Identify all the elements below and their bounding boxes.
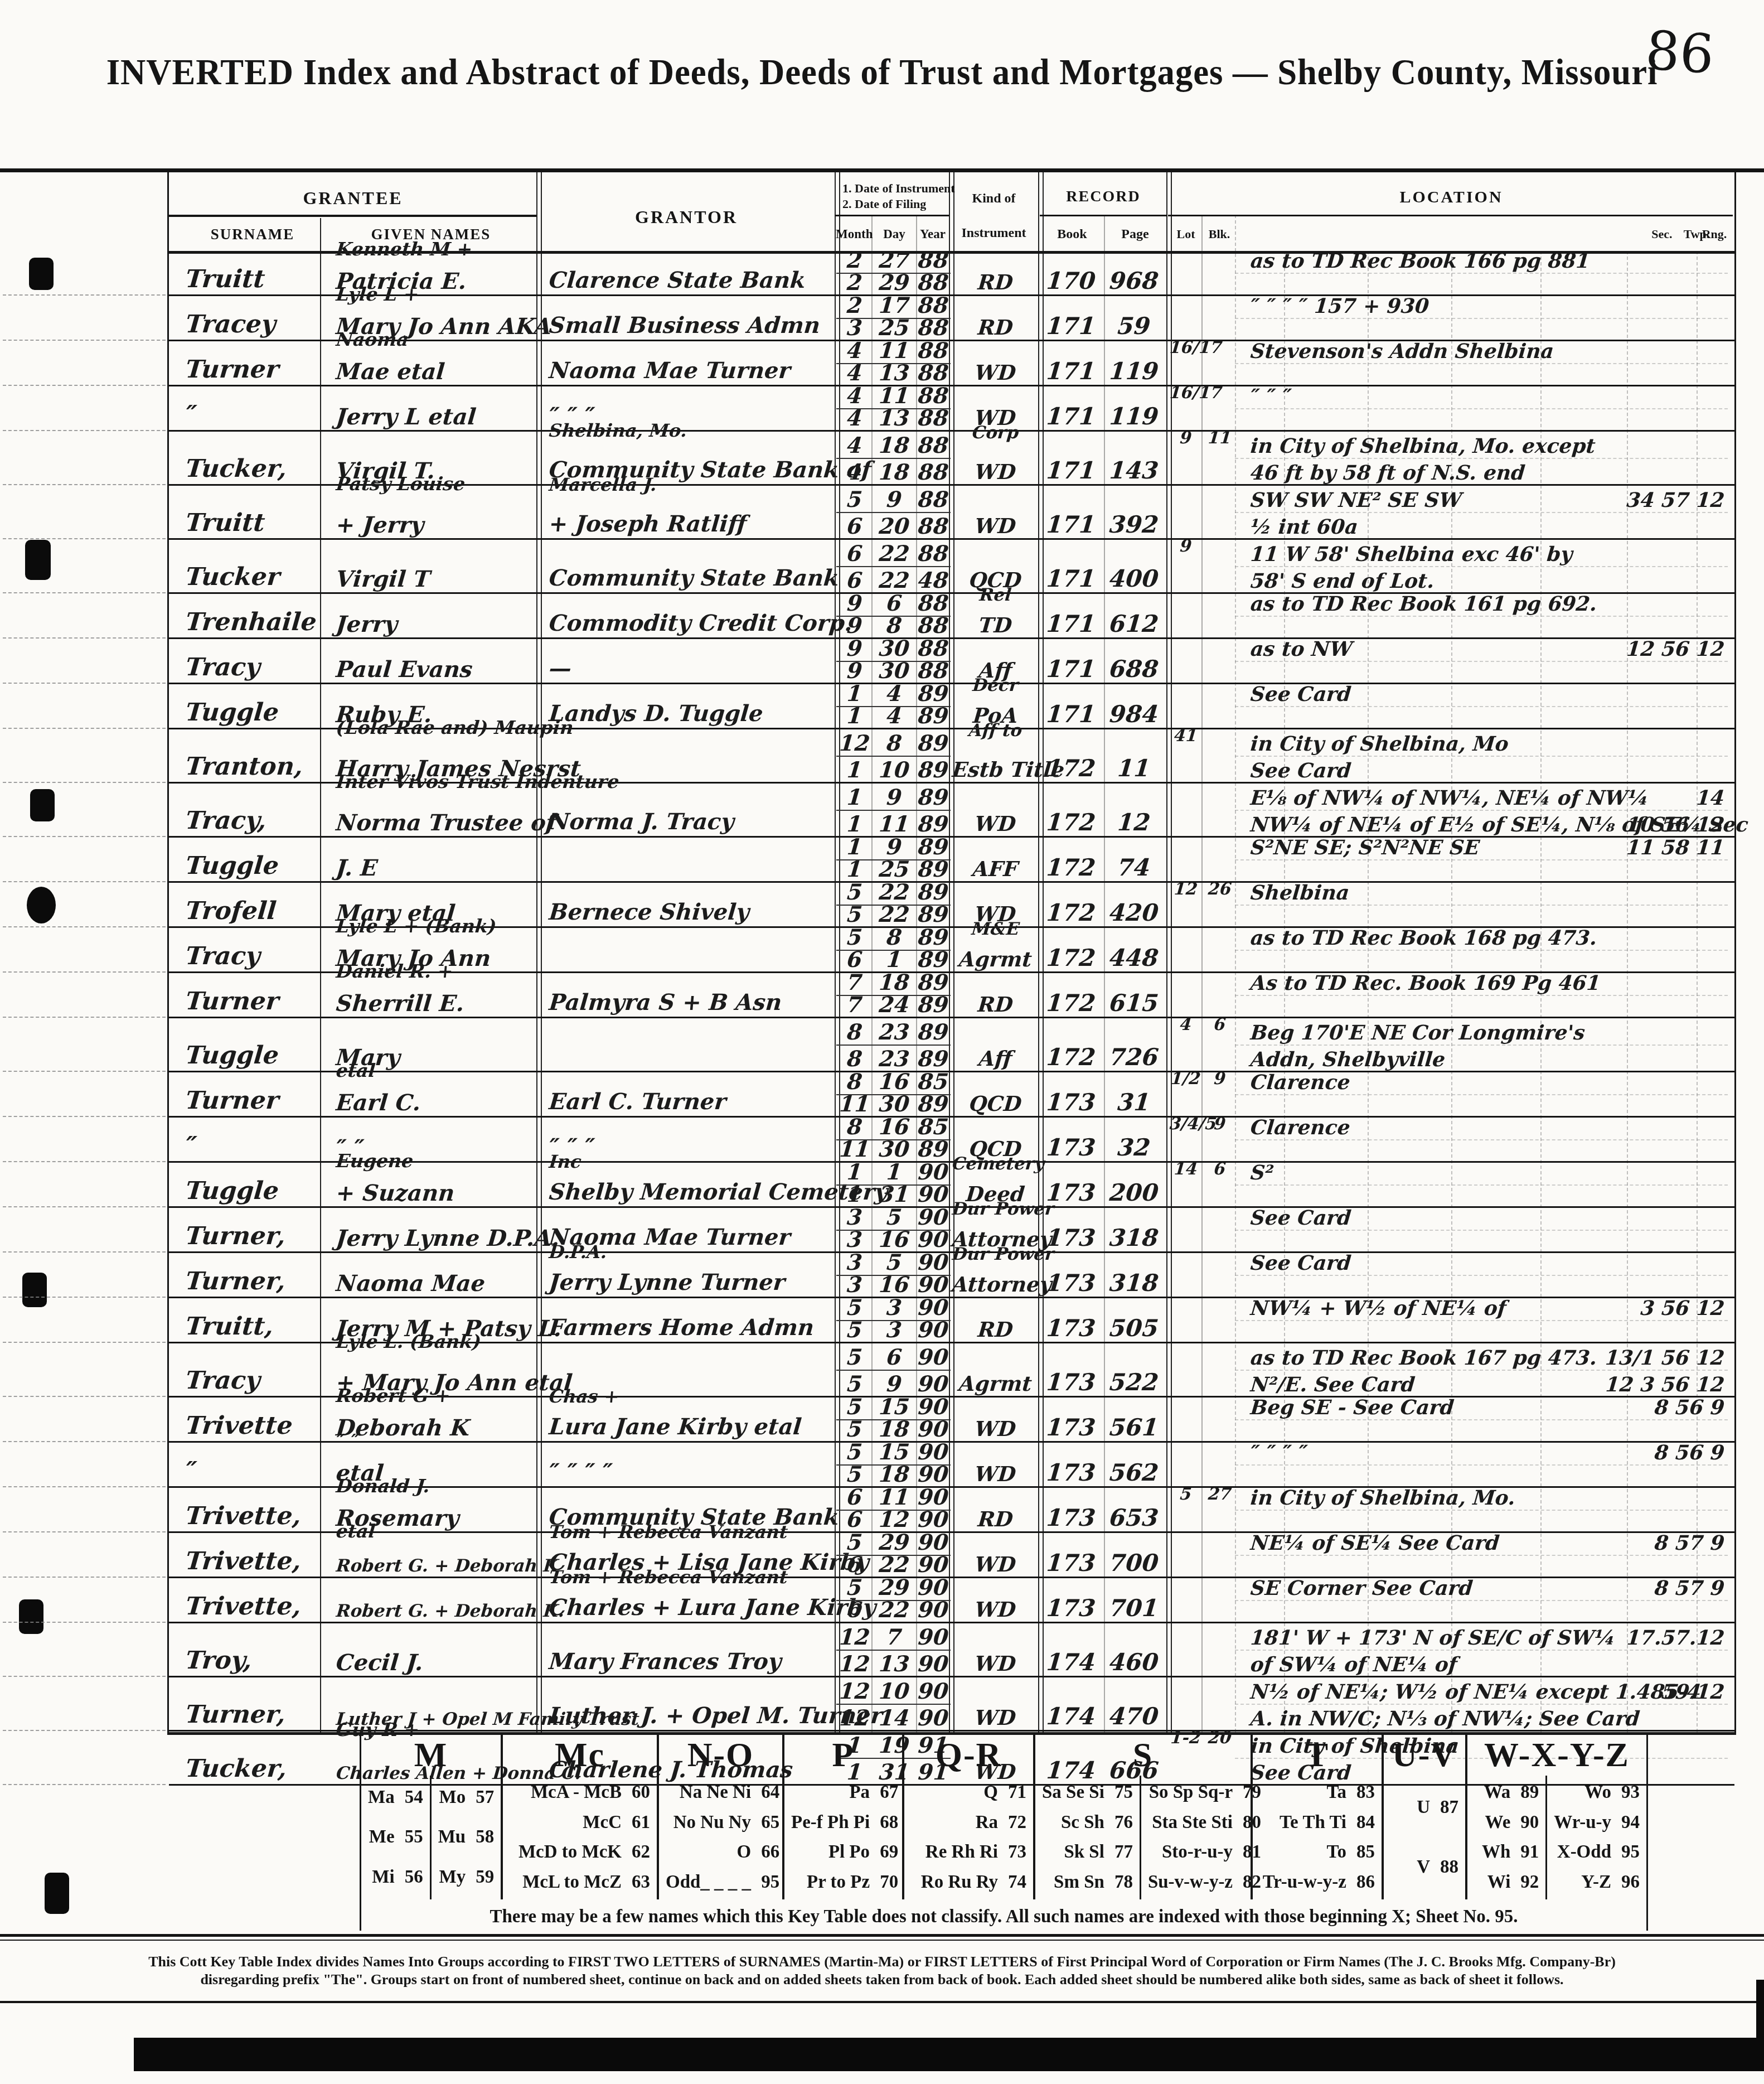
filing-date-month: 2 [837, 272, 873, 294]
instrument-date-day: 1 [872, 1161, 917, 1184]
location-line1: SW SW NE² SE SW [1249, 490, 1462, 511]
filing-date-year: 88 [915, 615, 951, 637]
instrument-date-day: 8 [872, 926, 917, 949]
filing-date-year: 90 [915, 1229, 951, 1251]
grantee-given: Cecil J. [335, 1651, 424, 1675]
key-range-item: Pr to Pz70 [784, 1872, 905, 1893]
key-range-text: Wo [1584, 1782, 1611, 1803]
instrument-kind: WD [951, 1554, 1039, 1575]
instrument-date-month: 7 [837, 971, 873, 994]
filing-date-year: 90 [915, 1653, 951, 1676]
record-book: 171 [1041, 567, 1101, 591]
table-row: Tuggle J. E 1 9 89 1 25 89 AFF 172 74 S²… [169, 838, 1734, 883]
grantor-name: Small Business Admn [548, 314, 821, 337]
filing-date-month: 5 [837, 903, 873, 926]
record-book: 171 [1041, 512, 1101, 537]
sec-header: Sec. [1645, 227, 1679, 241]
instrument-kind: RD [951, 994, 1039, 1016]
table-row: Trivette, Donald J. Rosemary Community S… [169, 1488, 1734, 1533]
record-book: 173 [1041, 1090, 1101, 1115]
instrument-date-year: 89 [915, 971, 951, 994]
key-range-sheet-number: 70 [880, 1872, 898, 1893]
record-page: 119 [1102, 359, 1166, 384]
location-line1: ″ ″ ″ ″ [1249, 1443, 1308, 1464]
key-group: SSa Se Si75Sc Sh76Sk Sl77Sm Sn78So Sp Sq… [1033, 1732, 1251, 1899]
half-row-guide [1235, 363, 1728, 364]
key-range-text: Pr to Pz [807, 1872, 870, 1893]
key-range-text: Ro Ru Ry [921, 1872, 998, 1893]
table-row: Tuggle Eugene + Suzann Inc Shelby Memori… [169, 1163, 1734, 1208]
key-range-item: Mu58 [432, 1827, 501, 1848]
filing-date-day: 12 [872, 1508, 917, 1531]
instrument-kind: WD [951, 1463, 1039, 1485]
record-page: 318 [1102, 1271, 1166, 1295]
location-line1: in City of Shelbina, Mo. [1249, 1488, 1516, 1509]
grantee-surname: Truitt, [185, 1314, 274, 1340]
filing-date-day: 18 [872, 1463, 917, 1486]
day-header: Day [873, 227, 916, 241]
instrument-kind: AFF [951, 858, 1039, 880]
record-page: 11 [1102, 756, 1166, 781]
half-row-guide [1235, 1650, 1728, 1651]
grantor-top: Tom + Rebecca Vanzant [549, 1568, 789, 1587]
instrument-date-month: 8 [837, 1071, 873, 1094]
location-lot: 16/17 [1169, 384, 1203, 402]
half-row-guide [1235, 661, 1728, 662]
location-blk: 9 [1204, 1070, 1237, 1088]
location-line2: A. in NW/C; N⅓ of NW¼; See Card [1249, 1709, 1641, 1730]
grantee-given: Norma Trustee of [335, 811, 556, 835]
filing-date-year: 88 [915, 362, 951, 385]
grantee-surname: Tracy [185, 1368, 261, 1394]
grantee-surname: Tucker [185, 564, 281, 590]
grantee-given-top: Inter Vivos Trust Indenture [335, 772, 619, 792]
key-range-text: We [1485, 1812, 1511, 1833]
key-range-item: Su-v-w-y-z82 [1141, 1872, 1268, 1893]
key-range-sheet-number: 95 [761, 1872, 779, 1893]
filing-date-year: 88 [915, 660, 951, 683]
punch-mark [25, 540, 51, 580]
record-page: 612 [1102, 612, 1166, 636]
grantor-top: Marcella J. [549, 476, 658, 495]
instrument-date-day: 29 [872, 1531, 917, 1554]
instrument-date-year: 90 [915, 1531, 951, 1554]
instrument-date-year: 89 [915, 926, 951, 949]
key-range-text: To [1327, 1842, 1346, 1863]
bottom-rule [0, 2001, 1764, 2003]
instrument-kind-top: Dur Power [952, 1245, 1040, 1264]
filing-date-day: 14 [872, 1707, 917, 1730]
filing-date-day: 25 [872, 317, 917, 340]
location-lot: 41 [1169, 727, 1203, 745]
key-range-item: Ra72 [904, 1812, 1033, 1833]
location-line1: ″ ″ ″ [1249, 386, 1292, 408]
filing-date-year: 89 [915, 1048, 951, 1071]
half-row-guide [1235, 905, 1728, 906]
grantee-given: Paul Evans [335, 658, 473, 681]
table-row: Trivette, Robert G. + Deborah K. Tom + R… [169, 1578, 1734, 1623]
grantee-surname: Tracy [185, 655, 261, 680]
filing-date-year: 89 [915, 813, 951, 836]
filing-date-year: 89 [915, 759, 951, 782]
filing-date-month: 4 [837, 407, 873, 430]
instrument-kind: TD [951, 615, 1039, 636]
grantor-name: Farmers Home Admn [548, 1316, 815, 1340]
location-line2: ½ int 60a [1249, 517, 1359, 538]
filing-date-year: 90 [915, 1463, 951, 1486]
location-line1: NW¼ + W½ of NE¼ of [1249, 1298, 1507, 1319]
instrument-date-month: 5 [837, 1441, 873, 1464]
sec-twp-rng-line1: 34 57 12 [1587, 490, 1725, 511]
half-row-guide [1235, 810, 1728, 811]
record-page: 59 [1102, 314, 1166, 339]
key-range-sheet-number: 56 [405, 1867, 423, 1888]
grantee-surname: Trenhaile [185, 610, 318, 635]
filing-date-day: 13 [872, 1653, 917, 1676]
instrument-date-day: 22 [872, 543, 917, 565]
half-row-guide [1235, 1230, 1728, 1231]
record-book: 173 [1041, 1551, 1101, 1575]
instrument-kind: RD [951, 1319, 1039, 1341]
instrument-date-year: 85 [915, 1116, 951, 1139]
instrument-date-month: 1 [837, 836, 873, 859]
grantor-name: Clarence State Bank [548, 269, 807, 292]
record-book: 173 [1041, 1415, 1101, 1440]
key-range-item: U87 [1384, 1797, 1465, 1818]
location-lot: 4 [1169, 1016, 1203, 1034]
punch-mark [30, 789, 55, 821]
grantee-given-top: Daniel R. + [335, 962, 454, 981]
sheet-number: 86 [1644, 19, 1716, 86]
key-range-sheet-number: 73 [1008, 1842, 1026, 1863]
key-range-item: Tr-u-w-y-z86 [1253, 1872, 1382, 1893]
instrument-date-month: 12 [837, 1626, 873, 1649]
instrument-date-month: 5 [837, 489, 873, 511]
key-range-text: Sm Sn [1054, 1872, 1104, 1893]
instrument-date-day: 11 [872, 1486, 917, 1509]
record-book: 171 [1041, 458, 1101, 483]
instrument-date-month: 4 [837, 385, 873, 408]
filing-date-day: 16 [872, 1274, 917, 1297]
sec-twp-rng-line1: 8 57 9 [1587, 1533, 1725, 1554]
instrument-date-year: 90 [915, 1251, 951, 1274]
grantee-surname: Turner, [185, 1702, 287, 1728]
record-book: 171 [1041, 359, 1101, 384]
key-range-text: Ra [976, 1812, 998, 1833]
filing-date-year: 88 [915, 515, 951, 538]
key-range-sheet-number: 78 [1114, 1872, 1133, 1893]
filing-date-day: 20 [872, 515, 917, 538]
key-table: MMa54Me55Mi56Mo57Mu58My59McMcA - McB60Mc… [360, 1732, 1648, 1931]
filing-date-day: 13 [872, 407, 917, 430]
key-group: MMa54Me55Mi56Mo57Mu58My59 [361, 1732, 501, 1899]
key-range-item: O66 [659, 1842, 786, 1863]
instrument-date-month: 2 [837, 294, 873, 317]
instrument-kind: WD [951, 1599, 1039, 1621]
record-page: 12 [1102, 810, 1166, 835]
record-page: 318 [1102, 1226, 1166, 1250]
record-book: 173 [1041, 1271, 1101, 1295]
filing-date-day: 30 [872, 1093, 917, 1116]
filing-date-year: 89 [915, 949, 951, 971]
instrument-date-year: 88 [915, 637, 951, 660]
key-range-text: X-Odd [1557, 1842, 1611, 1863]
table-row: Truitt Patsy Louise + Jerry Marcella J. … [169, 486, 1734, 540]
grantor-name: Luther J. + Opel M. Turner [548, 1704, 883, 1728]
key-group-label: Mc [503, 1732, 657, 1776]
location-underline [1168, 215, 1733, 216]
filing-date-day: 24 [872, 994, 917, 1017]
filing-date-month: 9 [837, 615, 873, 637]
key-range-sheet-number: 94 [1621, 1812, 1640, 1833]
grantee-given-top: Patsy Louise [335, 475, 466, 494]
grantor-name: — [548, 657, 573, 680]
record-page: 688 [1102, 657, 1166, 681]
filing-date-day: 25 [872, 858, 917, 881]
filing-date-day: 4 [872, 705, 917, 728]
grantee-given: Virgil T [335, 568, 431, 591]
record-page: 74 [1102, 855, 1166, 880]
key-range-text: Su-v-w-y-z [1148, 1872, 1233, 1893]
record-book: 171 [1041, 702, 1101, 727]
instrument-date-month: 12 [837, 732, 873, 755]
instrument-date-year: 90 [915, 1441, 951, 1464]
instrument-date-year: 85 [915, 1071, 951, 1094]
instrument-date-year: 88 [915, 489, 951, 511]
punch-mark [27, 887, 56, 923]
filing-date-month: 3 [837, 1229, 873, 1251]
record-page: 505 [1102, 1316, 1166, 1341]
instrument-date-day: 9 [872, 786, 917, 809]
filing-date-year: 90 [915, 1418, 951, 1441]
filing-date-month: 9 [837, 660, 873, 683]
table-row: Trenhaile Jerry Commodity Credit Corp. 9… [169, 594, 1734, 639]
key-range-text: Pa [849, 1782, 870, 1803]
instrument-kind: RD [951, 317, 1039, 339]
instrument-date-day: 15 [872, 1441, 917, 1464]
record-book: 172 [1041, 756, 1101, 781]
filing-date-day: 30 [872, 660, 917, 683]
grantee-surname: Trivette [185, 1413, 294, 1439]
half-row-guide [1235, 1370, 1728, 1371]
table-row: Trivette, etal Robert G. + Deborah K Tom… [169, 1533, 1734, 1578]
key-range-text: Wi [1487, 1872, 1511, 1893]
key-range-item: Re Rh Ri73 [904, 1842, 1033, 1863]
location-line1: as to TD Rec Book 168 pg 473. [1249, 928, 1598, 949]
half-row-guide [1235, 566, 1728, 567]
instrument-date-month: 6 [837, 543, 873, 565]
key-range-item: Pe-f Ph Pi68 [784, 1812, 905, 1833]
filing-date-month: 3 [837, 1274, 873, 1297]
filing-date-month: 7 [837, 994, 873, 1017]
half-row-guide [1235, 1045, 1728, 1046]
scan-artifact-band [134, 2038, 1764, 2071]
record-book: 171 [1041, 657, 1101, 681]
grantor-name: Norma J. Tracy [548, 810, 735, 834]
location-blk: 26 [1204, 881, 1237, 898]
key-range-sheet-number: 89 [1520, 1782, 1539, 1803]
instrument-kind-top: Dur Power [952, 1200, 1040, 1219]
filing-date-year: 90 [915, 1183, 951, 1206]
grantee-given: Naoma Mae [335, 1272, 486, 1295]
half-row-guide [1235, 273, 1728, 274]
filing-date-year: 88 [915, 461, 951, 484]
sec-twp-rng-line1: 14 [1587, 788, 1725, 809]
table-row: Turner, Naoma Mae D.P.A. Jerry Lynne Tur… [169, 1253, 1734, 1298]
key-range-sheet-number: 68 [880, 1812, 898, 1833]
grantor-top: Shelbina, Mo. [549, 422, 688, 441]
filing-date-day: 22 [872, 1599, 917, 1622]
instrument-date-day: 3 [872, 1297, 917, 1319]
key-range-sheet-number: 76 [1114, 1812, 1133, 1833]
key-range-sheet-number: 65 [761, 1812, 779, 1833]
kind-header-2: Instrument [951, 226, 1037, 241]
table-row: Turner, Jerry Lynne D.P.A. Naoma Mae Tur… [169, 1208, 1734, 1253]
instrument-date-year: 89 [915, 836, 951, 859]
instrument-kind-top: Aff to [952, 722, 1040, 740]
grantee-underline [169, 215, 536, 217]
key-range-item: Sm Sn78 [1035, 1872, 1140, 1893]
instrument-date-day: 8 [872, 732, 917, 755]
instrument-kind: Agrmt [951, 949, 1039, 970]
filing-date-month: 6 [837, 569, 873, 592]
filing-date-month: 4 [837, 362, 873, 385]
instrument-date-year: 90 [915, 1206, 951, 1229]
grantee-surname: Tuggle [185, 1043, 280, 1068]
instrument-date-day: 16 [872, 1071, 917, 1094]
record-book: 172 [1041, 991, 1101, 1016]
grantee-surname: Tuggle [185, 700, 280, 726]
table-row: Tracy Paul Evans — 9 30 88 9 30 88 Aff 1… [169, 639, 1734, 684]
key-range-item: Sk Sl77 [1035, 1842, 1140, 1863]
key-range-text: Odd_ _ _ _ [666, 1872, 751, 1893]
grantee-given: J. E [335, 857, 379, 880]
grantee-given: Earl C. [335, 1091, 421, 1115]
location-blk: 6 [1204, 1161, 1237, 1178]
record-header: RECORD [1040, 188, 1167, 206]
key-range-sheet-number: 64 [761, 1782, 779, 1803]
instrument-kind: WD [951, 1707, 1039, 1729]
location-line1: as to TD Rec Book 161 pg 692. [1249, 594, 1598, 615]
sec-twp-rng-line1: 8 56 9 [1587, 1398, 1725, 1419]
key-range-item: Mi56 [361, 1867, 430, 1888]
filing-date-year: 90 [915, 1373, 951, 1396]
scan-artifact-edge [1756, 1980, 1764, 2040]
record-book: 170 [1041, 269, 1101, 293]
grantee-header: GRANTEE [169, 188, 537, 209]
record-page: 200 [1102, 1181, 1166, 1205]
key-range-text: My [439, 1867, 466, 1888]
instrument-date-day: 30 [872, 637, 917, 660]
key-range-item: Q71 [904, 1782, 1033, 1803]
page-title: INVERTED Index and Abstract of Deeds, De… [44, 51, 1720, 94]
record-page: 968 [1102, 269, 1166, 293]
key-range-item: McC61 [503, 1812, 657, 1833]
half-row-guide [1235, 1510, 1728, 1511]
filing-date-month: 5 [837, 1373, 873, 1396]
location-lot: 14 [1169, 1161, 1203, 1178]
instrument-date-month: 6 [837, 1486, 873, 1509]
record-book: 172 [1041, 810, 1101, 835]
grantee-surname: ″ [185, 1458, 198, 1484]
key-range-item: To85 [1253, 1842, 1382, 1863]
sec-twp-rng-line1: 13/1 56 12 [1587, 1348, 1725, 1369]
table-row: Trivette Robert G + Deborah K Chas + Lur… [169, 1398, 1734, 1443]
location-line2: N²/E. See Card [1249, 1375, 1416, 1396]
table-row: Tucker Virgil T Community State Bank 6 2… [169, 540, 1734, 594]
key-range-item: Pl Po69 [784, 1842, 905, 1863]
key-range-item: No Nu Ny65 [659, 1812, 786, 1833]
location-line1: See Card [1249, 1208, 1352, 1229]
filing-date-month: 6 [837, 949, 873, 971]
filing-date-day: 30 [872, 1138, 917, 1161]
filing-date-month: 5 [837, 1463, 873, 1486]
location-lot: 12 [1169, 881, 1203, 898]
date-header-2: 2. Date of Filing [842, 197, 926, 211]
half-row-guide [1235, 756, 1728, 757]
key-range-sheet-number: 93 [1621, 1782, 1640, 1803]
key-range-text: So Sp Sq-r [1149, 1782, 1233, 1803]
grantee-given: + Jerry [335, 514, 425, 537]
key-range-sheet-number: 61 [632, 1812, 650, 1833]
filing-date-month: 1 [837, 858, 873, 881]
key-group-label: M [361, 1732, 501, 1776]
key-range-item: Ro Ru Ry74 [904, 1872, 1033, 1893]
half-row-guide [1235, 458, 1728, 459]
grantee-given-top: ″ ″ [335, 1432, 360, 1451]
grantee-surname: Trivette, [185, 1503, 302, 1529]
filing-date-month: 3 [837, 317, 873, 340]
grantee-given-top: Kenneth M + [335, 240, 473, 259]
key-range-text: Mu [438, 1827, 466, 1848]
key-range-sheet-number: 84 [1356, 1812, 1375, 1833]
instrument-kind-top: Corp [952, 424, 1040, 442]
instrument-date-year: 89 [915, 786, 951, 809]
filing-date-year: 89 [915, 994, 951, 1017]
location-line1: in City of Shelbina, Mo [1249, 734, 1509, 755]
table-row: ″ Jerry L etal ″ ″ ″ 4 11 88 4 13 88 WD … [169, 386, 1734, 432]
location-line2: See Card [1249, 761, 1352, 782]
instrument-kind: WD [951, 1418, 1039, 1440]
location-blk: 9 [1204, 1115, 1237, 1133]
key-range-text: Na Ne Ni [680, 1782, 751, 1803]
key-range-text: Tr-u-w-y-z [1263, 1872, 1346, 1893]
instrument-kind-top: Rel [952, 586, 1040, 605]
instrument-date-day: 5 [872, 1206, 917, 1229]
instrument-date-year: 90 [915, 1680, 951, 1703]
instrument-date-month: 5 [837, 926, 873, 949]
table-row: Troy, Cecil J. Mary Frances Troy 12 7 90… [169, 1623, 1734, 1677]
key-range-sheet-number: 88 [1440, 1857, 1458, 1878]
instrument-kind-top: Decr [952, 676, 1040, 695]
key-range-text: U [1417, 1797, 1430, 1818]
location-line1: See Card [1249, 1253, 1352, 1274]
location-lot: 5 [1169, 1486, 1203, 1503]
sec-twp-rng-line1: 8 56 9 [1587, 1443, 1725, 1464]
key-range-text: Mi [372, 1867, 394, 1888]
instrument-date-year: 90 [915, 1297, 951, 1319]
book-header: Book [1041, 227, 1103, 242]
punch-mark [22, 1273, 47, 1307]
record-page: 615 [1102, 991, 1166, 1016]
key-range-item: X-Odd95 [1547, 1842, 1646, 1863]
key-group: McMcA - McB60McC61McD to McK62McL to McZ… [501, 1732, 657, 1899]
filing-date-month: 8 [837, 1048, 873, 1071]
half-row-guide [1235, 1555, 1728, 1556]
grantee-given-top: Lyle L. (Bank) [335, 1332, 482, 1352]
key-range-text: Re Rh Ri [925, 1842, 998, 1863]
instrument-date-month: 1 [837, 683, 873, 705]
